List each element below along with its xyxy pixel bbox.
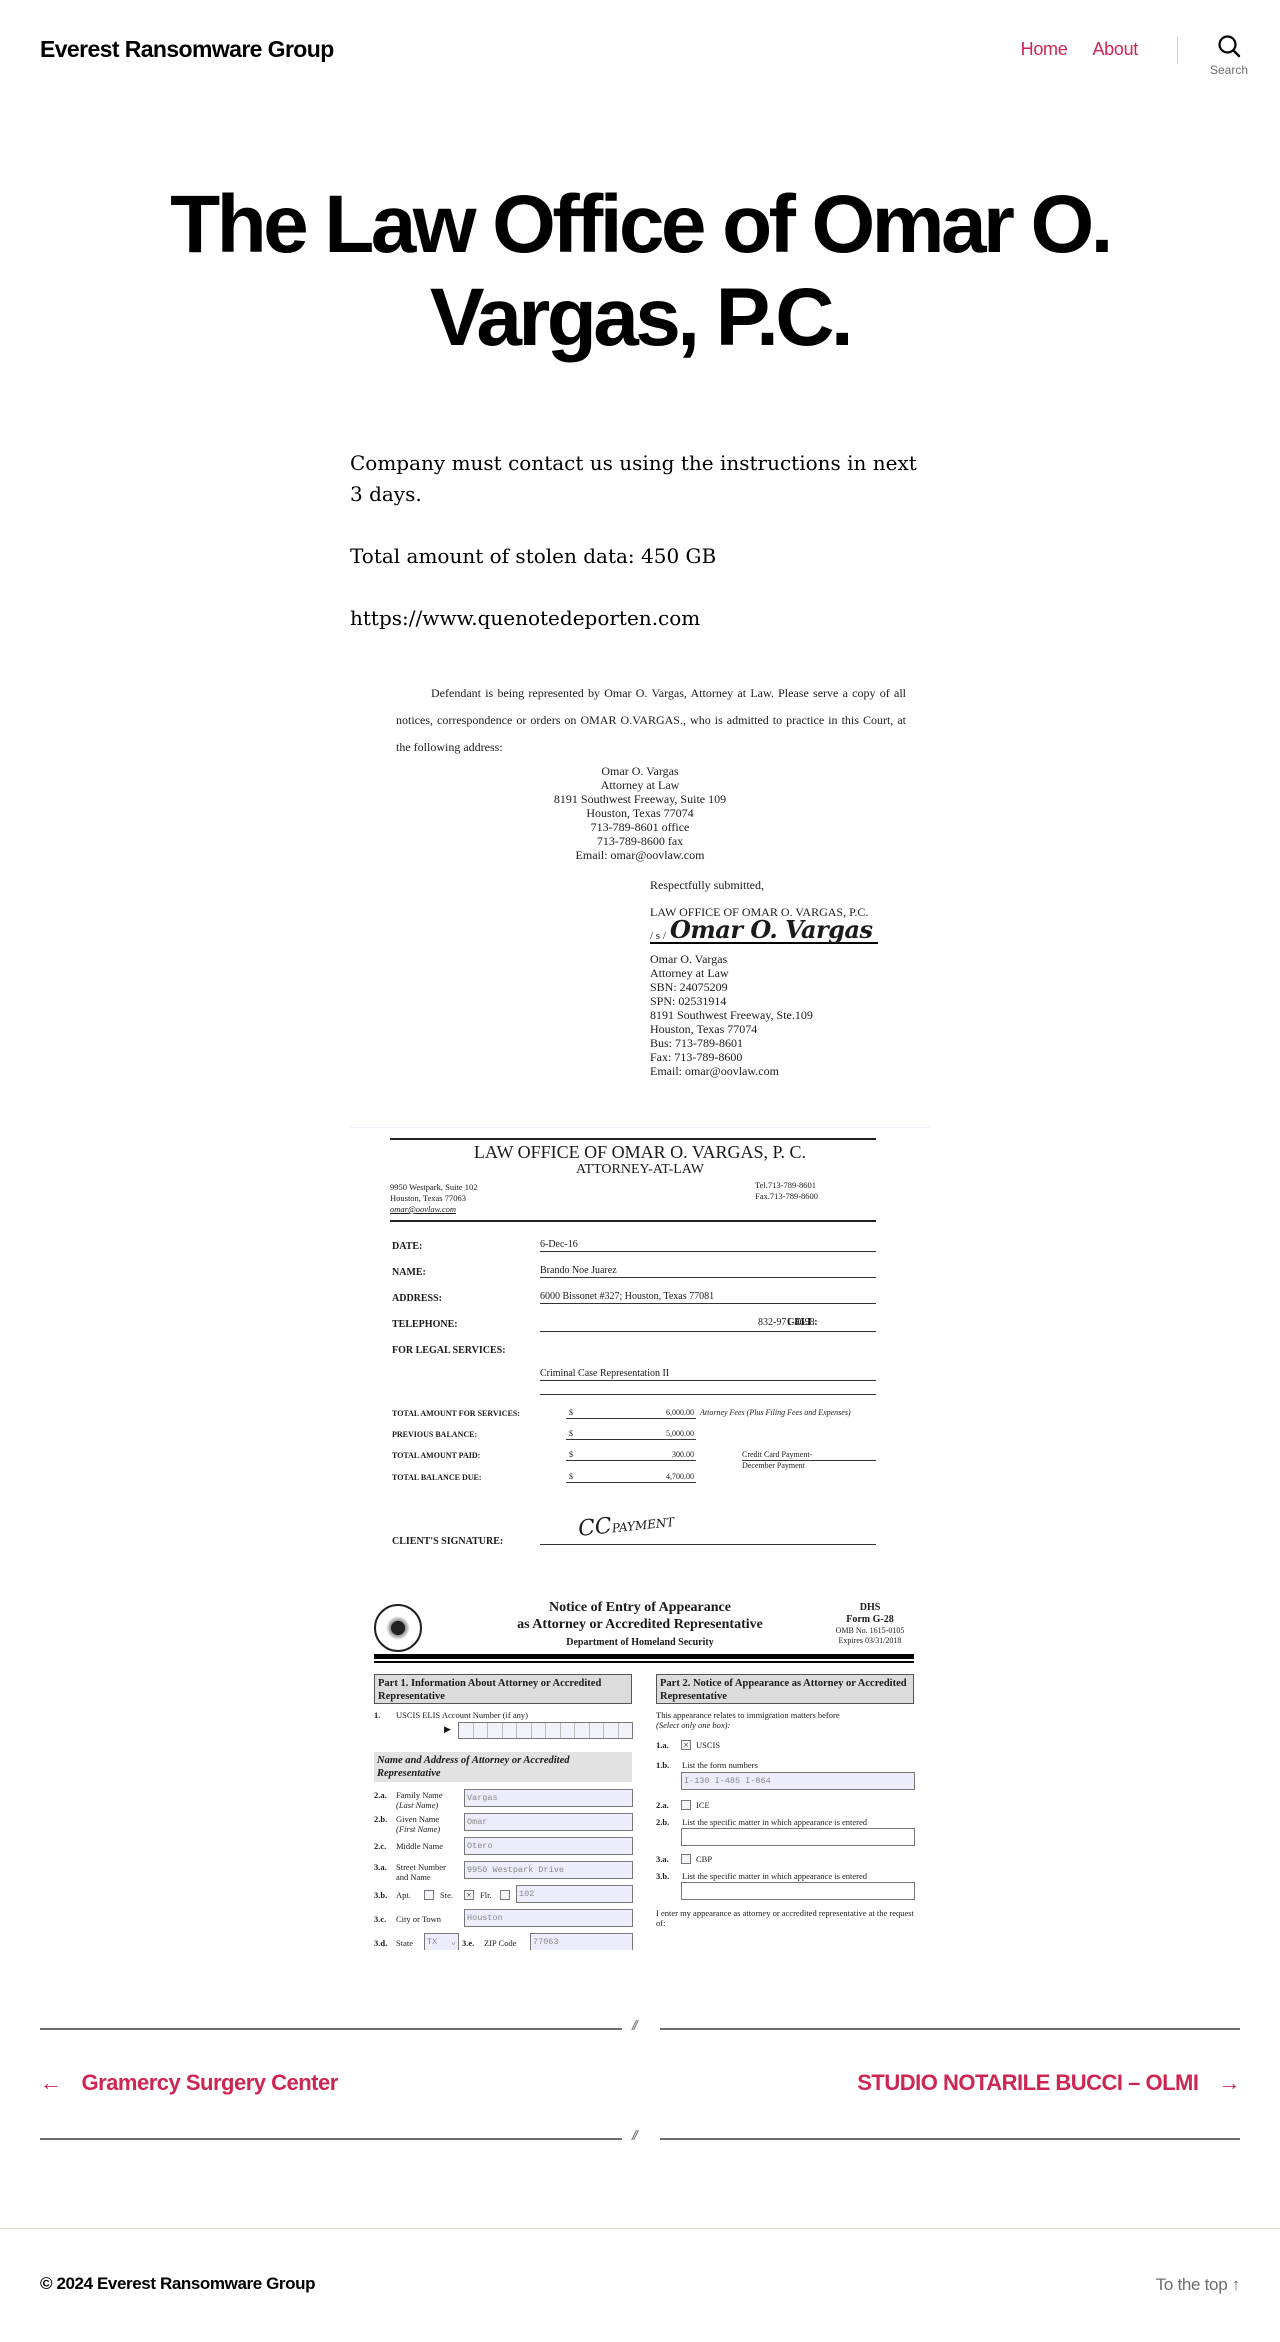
street-field[interactable]: 9950 Westpark Drive <box>464 1861 633 1879</box>
divider <box>540 1393 876 1395</box>
divider <box>390 1220 876 1222</box>
post-content: Company must contact us using the instru… <box>350 448 930 665</box>
signature-prefix: / s / <box>650 930 666 942</box>
post-paragraph-data-size: Total amount of stolen data: 450 GB <box>350 541 930 572</box>
q-text: List the specific matter in which appear… <box>682 1871 867 1881</box>
money-value: $5,000.00 <box>566 1429 696 1440</box>
uscis-checkbox[interactable]: × <box>681 1740 691 1750</box>
detail-line: SPN: 02531914 <box>650 994 813 1008</box>
address-label: ADDRESS: <box>392 1293 442 1304</box>
chevron-down-icon: ⌄ <box>451 1937 456 1947</box>
q-num: 3.b. <box>374 1890 396 1900</box>
city-label: 3.c.City or Town <box>374 1914 441 1924</box>
q-num: 1.b. <box>656 1760 682 1770</box>
arrow-right-icon: → <box>1219 2070 1241 2095</box>
nav-about[interactable]: About <box>1092 39 1138 60</box>
zip-field[interactable]: 77063 <box>530 1933 633 1950</box>
q-text: ICE <box>696 1800 710 1810</box>
q-num: 3.d. <box>374 1938 396 1948</box>
signature-line: / s / Omar O. Vargas <box>650 916 878 944</box>
money-value: $6,000.00 <box>566 1408 696 1419</box>
telephone-label: TELEPHONE: <box>392 1319 458 1330</box>
date-label: DATE: <box>392 1241 422 1252</box>
field-label: 2.a.Family Name(Last Name) <box>374 1790 443 1810</box>
client-signature-label: CLIENT'S SIGNATURE: <box>392 1536 503 1547</box>
form-title-line2: as Attorney or Accredited Representative <box>470 1617 810 1633</box>
form-omb: OMB No. 1615-0105 Expires 03/31/2018 <box>820 1626 920 1646</box>
form-title-line1: Notice of Entry of Appearance <box>490 1600 790 1616</box>
state-select[interactable]: TX⌄ <box>424 1933 459 1950</box>
field-label: 3.a.Street Numberand Name <box>374 1862 446 1882</box>
cell-value: 832-971-4698 <box>758 1317 815 1328</box>
form-department: Department of Homeland Security <box>490 1637 790 1648</box>
ste-label: Ste. <box>440 1890 453 1900</box>
to-the-top-link[interactable]: To the top ↑ <box>1156 2275 1240 2295</box>
q-text: Family Name <box>396 1790 443 1800</box>
amount: 300.00 <box>672 1450 694 1459</box>
apt-checkbox[interactable] <box>424 1890 434 1900</box>
signature-text-small: PAYMENT <box>611 1515 675 1535</box>
q-text: City or Town <box>396 1914 441 1924</box>
services-value: Criminal Case Representation II <box>540 1368 876 1381</box>
part1-heading: Part 1. Information About Attorney or Ac… <box>374 1674 632 1704</box>
address-email: omar@oovlaw.com <box>390 1204 477 1215</box>
document-image-letter: Defendant is being represented by Omar O… <box>350 672 930 1092</box>
cbp-matter-label: 3.b.List the specific matter in which ap… <box>656 1871 867 1881</box>
detail-line: Houston, Texas 77074 <box>650 1022 813 1036</box>
state-value: TX <box>427 1937 437 1947</box>
flr-checkbox[interactable] <box>500 1890 510 1900</box>
invoice-address-right: Tel.713-789-8601 Fax.713-789-8600 <box>755 1180 818 1202</box>
site-title-link[interactable]: Everest Ransomware Group <box>40 36 334 63</box>
q-text: State <box>396 1938 413 1948</box>
ice-matter-field[interactable] <box>681 1828 915 1846</box>
services-label: FOR LEGAL SERVICES: <box>392 1345 506 1356</box>
q-num: 1. <box>374 1710 396 1720</box>
payment-note-line: December Payment <box>742 1461 805 1470</box>
q-num: 3.c. <box>374 1914 396 1924</box>
next-post-title: STUDIO NOTARILE BUCCI – OLMI <box>857 2070 1198 2095</box>
cbp-checkbox[interactable] <box>681 1854 691 1864</box>
field-label: 2.c.Middle Name <box>374 1841 443 1851</box>
letter-address: Omar O. Vargas Attorney at Law 8191 Sout… <box>350 764 930 862</box>
pagination-separator: // <box>40 2028 1240 2029</box>
amount: 4,700.00 <box>666 1472 694 1481</box>
client-signature: CCPAYMENT <box>577 1507 675 1542</box>
divider <box>374 1661 914 1663</box>
address-line: 8191 Southwest Freeway, Suite 109 <box>350 792 930 806</box>
search-toggle-button[interactable]: Search <box>1204 34 1254 86</box>
given-name-field[interactable]: Omar <box>464 1813 633 1831</box>
post-paragraph-url: https://www.quenotedeporten.com <box>350 603 930 634</box>
detail-line: Email: omar@oovlaw.com <box>650 1064 813 1078</box>
invoice-heading: LAW OFFICE OF OMAR O. VARGAS, P. C. <box>350 1142 930 1163</box>
money-value: $300.00 <box>566 1450 696 1461</box>
document-image-invoice: LAW OFFICE OF OMAR O. VARGAS, P. C. ATTO… <box>350 1127 930 1557</box>
part2-closing: I enter my appearance as attorney or acc… <box>656 1908 918 1928</box>
unit-label: 3.b.Apt. <box>374 1890 411 1900</box>
currency: $ <box>569 1472 573 1481</box>
currency: $ <box>569 1429 573 1438</box>
ste-checkbox[interactable]: × <box>464 1890 474 1900</box>
telephone-value <box>540 1317 876 1332</box>
fee-note: Attorney Fees (Plus Filing Fees and Expe… <box>700 1408 851 1417</box>
letter-closing: Respectfully submitted, LAW OFFICE OF OM… <box>650 878 868 919</box>
currency: $ <box>569 1450 573 1459</box>
form-expires: Expires 03/31/2018 <box>820 1636 920 1646</box>
amount: 6,000.00 <box>666 1408 694 1417</box>
money-label: TOTAL AMOUNT PAID: <box>392 1451 480 1460</box>
q-text: USCIS ELIS Account Number (if any) <box>396 1710 528 1720</box>
next-post-link[interactable]: STUDIO NOTARILE BUCCI – OLMI→ <box>857 2070 1240 2096</box>
form-number: Form G-28 <box>820 1614 920 1626</box>
client-signature-line <box>540 1544 876 1545</box>
section-heading: Name and Address of Attorney or Accredit… <box>374 1752 632 1782</box>
q-text: Given Name <box>396 1814 439 1824</box>
state-label: 3.d.State <box>374 1938 413 1948</box>
nav-separator <box>1177 36 1178 64</box>
detail-line: Attorney at Law <box>650 966 813 980</box>
fax-line: Fax.713-789-8600 <box>755 1191 818 1202</box>
omb-number: OMB No. 1615-0105 <box>820 1626 920 1636</box>
primary-nav: Home About <box>1021 39 1138 60</box>
detail-line: Fax: 713-789-8600 <box>650 1050 813 1064</box>
q-sub: (Last Name) <box>396 1800 438 1810</box>
search-label: Search <box>1204 63 1254 77</box>
city-field[interactable]: Houston <box>464 1909 633 1927</box>
divider <box>374 1654 914 1659</box>
q-text: CBP <box>696 1854 712 1864</box>
q-sub: and Name <box>396 1872 431 1882</box>
cbp-matter-field[interactable] <box>681 1882 915 1900</box>
post-paragraph-contact: Company must contact us using the instru… <box>350 448 930 510</box>
signature: Omar O. Vargas <box>670 915 873 944</box>
previous-post-link[interactable]: ←Gramercy Surgery Center <box>40 2070 338 2096</box>
unit-number-field[interactable]: 102 <box>516 1885 633 1903</box>
letter-signature-details: Omar O. Vargas Attorney at Law SBN: 2407… <box>650 952 813 1078</box>
divider <box>390 1138 876 1140</box>
signature-text: CC <box>577 1514 613 1542</box>
address-line: Email: omar@oovlaw.com <box>350 848 930 862</box>
q-sub: (First Name) <box>396 1824 440 1834</box>
search-icon <box>1217 34 1241 58</box>
separator-line <box>40 2138 622 2140</box>
closing-text: Respectfully submitted, <box>650 878 868 892</box>
q-text: List the specific matter in which appear… <box>682 1817 867 1827</box>
q-num: 2.a. <box>656 1800 682 1810</box>
flr-label: Flr. <box>480 1890 492 1900</box>
amount: 5,000.00 <box>666 1429 694 1438</box>
money-label: TOTAL BALANCE DUE: <box>392 1473 482 1482</box>
money-label: PREVIOUS BALANCE: <box>392 1430 477 1439</box>
q-num: 2.a. <box>374 1790 396 1800</box>
payment-note-line: Credit Card Payment- <box>742 1450 876 1461</box>
address-line: Houston, Texas 77063 <box>390 1193 477 1204</box>
q-num: 3.a. <box>656 1854 682 1864</box>
footer-copyright: © 2024 Everest Ransomware Group <box>40 2274 315 2294</box>
address-line: 713-789-8600 fax <box>350 834 930 848</box>
q-num: 2.b. <box>374 1814 396 1824</box>
q1-label: 1.USCIS ELIS Account Number (if any) <box>374 1710 528 1720</box>
q-num: 3.b. <box>656 1871 682 1881</box>
q-num: 2.b. <box>656 1817 682 1827</box>
ice-matter-label: 2.b.List the specific matter in which ap… <box>656 1817 867 1827</box>
q-text: List the form numbers <box>682 1760 758 1770</box>
name-label: NAME: <box>392 1267 426 1278</box>
part2-select-note: (Select only one box): <box>656 1720 730 1730</box>
invoice-subheading: ATTORNEY-AT-LAW <box>350 1162 930 1178</box>
pagination-separator: // <box>40 2138 1240 2139</box>
document-image-g28: Notice of Entry of Appearance as Attorne… <box>350 1590 930 1950</box>
zip-label: 3.e.ZIP Code <box>462 1938 517 1948</box>
part2-intro: This appearance relates to immigration m… <box>656 1710 840 1720</box>
money-label: TOTAL AMOUNT FOR SERVICES: <box>392 1409 520 1418</box>
family-name-field[interactable]: Vargas <box>464 1789 633 1807</box>
site-header: Everest Ransomware Group Home About Sear… <box>0 0 1280 100</box>
form-agency: DHS <box>820 1602 920 1614</box>
detail-line: SBN: 24075209 <box>650 980 813 994</box>
form-numbers-field[interactable]: I-130 I-485 I-864 <box>681 1772 915 1790</box>
arrow-right-icon: ▶ <box>444 1724 451 1735</box>
post-title: The Law Office of Omar O. Vargas, P.C. <box>100 178 1180 365</box>
detail-line: Bus: 713-789-8601 <box>650 1036 813 1050</box>
detail-line: 8191 Southwest Freeway, Ste.109 <box>650 1008 813 1022</box>
field-label: 2.b.Given Name(First Name) <box>374 1814 440 1834</box>
q-num: 1.a. <box>656 1740 682 1750</box>
q-num: 3.e. <box>462 1938 484 1948</box>
q-text: ZIP Code <box>484 1938 517 1948</box>
separator-line <box>40 2028 622 2030</box>
q-text: Middle Name <box>396 1841 443 1851</box>
q-text: Street Number <box>396 1862 446 1872</box>
form-numbers-label: 1.b.List the form numbers <box>656 1760 758 1770</box>
middle-name-field[interactable]: Otero <box>464 1837 633 1855</box>
previous-post-title: Gramercy Surgery Center <box>82 2070 338 2095</box>
dhs-seal-icon <box>374 1604 422 1652</box>
nav-home[interactable]: Home <box>1021 39 1068 60</box>
separator-line <box>660 2138 1240 2140</box>
ice-checkbox[interactable] <box>681 1800 691 1810</box>
separator-slashes: // <box>632 2127 636 2143</box>
phone-line: Tel.713-789-8601 <box>755 1180 818 1191</box>
separator-line <box>660 2028 1240 2030</box>
footer-divider <box>0 2228 1280 2229</box>
address-value: 6000 Bissonet #327; Houston, Texas 77081 <box>540 1291 876 1304</box>
currency: $ <box>569 1408 573 1417</box>
name-value: Brando Noe Juarez <box>540 1265 876 1278</box>
invoice-address-left: 9950 Westpark, Suite 102 Houston, Texas … <box>390 1182 477 1215</box>
q-num: 2.c. <box>374 1841 396 1851</box>
address-line: 713-789-8601 office <box>350 820 930 834</box>
date-value: 6-Dec-16 <box>540 1239 876 1252</box>
letter-paragraph: Defendant is being represented by Omar O… <box>396 680 906 761</box>
arrow-left-icon: ← <box>40 2070 62 2095</box>
address-line: Attorney at Law <box>350 778 930 792</box>
address-line: Omar O. Vargas <box>350 764 930 778</box>
part2-heading: Part 2. Notice of Appearance as Attorney… <box>656 1674 914 1704</box>
elis-account-input[interactable] <box>458 1722 633 1739</box>
payment-note: Credit Card Payment- December Payment <box>742 1450 876 1471</box>
money-value: $4,700.00 <box>566 1472 696 1483</box>
address-line: 9950 Westpark, Suite 102 <box>390 1182 477 1193</box>
q-num: 3.a. <box>374 1862 396 1872</box>
form-id: DHS Form G-28 <box>820 1602 920 1626</box>
detail-line: Omar O. Vargas <box>650 952 813 966</box>
separator-slashes: // <box>632 2017 636 2033</box>
q-text: USCIS <box>696 1740 720 1750</box>
address-line: Houston, Texas 77074 <box>350 806 930 820</box>
apt-label: Apt. <box>396 1890 411 1900</box>
